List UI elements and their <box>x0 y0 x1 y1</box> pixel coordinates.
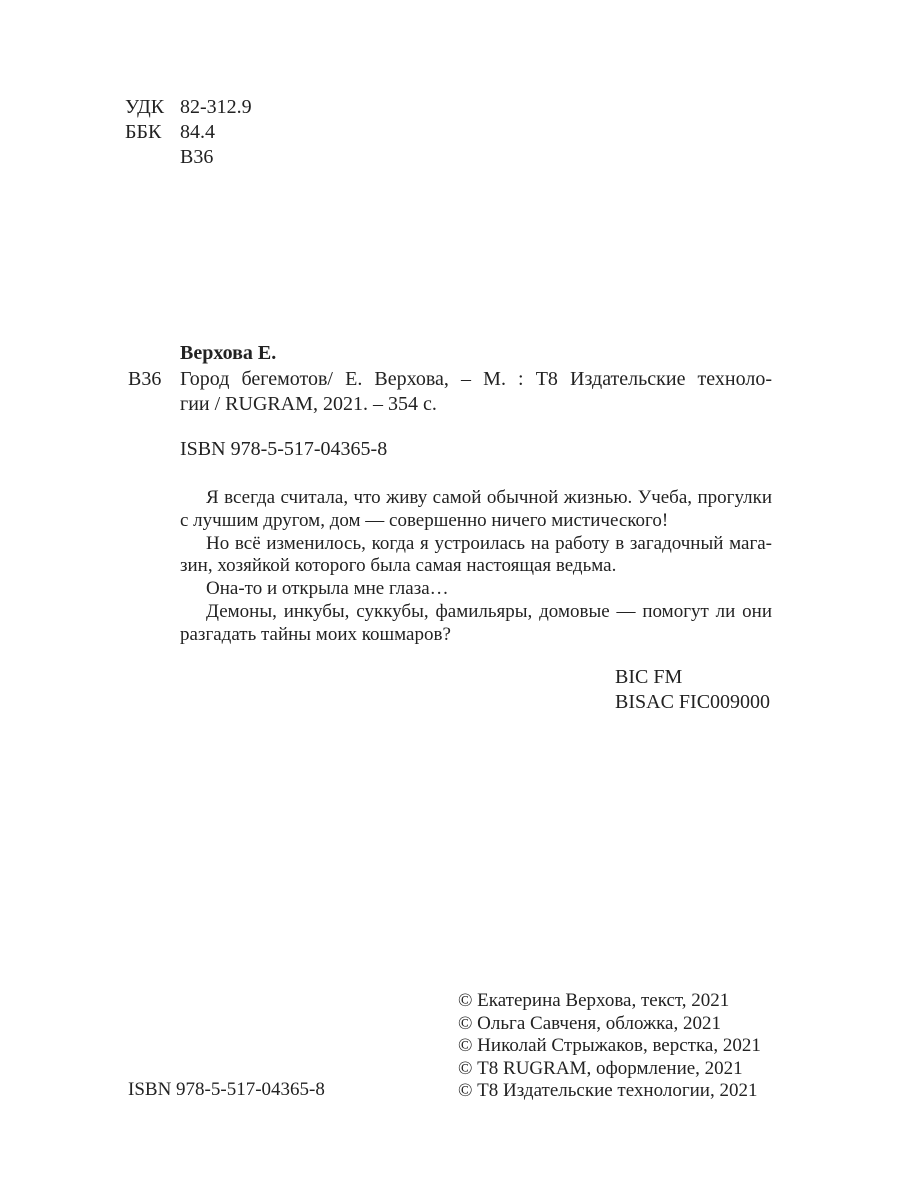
copyright-line: © Екатерина Верхова, текст, 2021 <box>458 990 761 1013</box>
catalog-entry-line-1: Город бегемотов/ Е. Верхова, – М. : Т8 И… <box>180 367 772 392</box>
author-code-spacer <box>125 145 180 170</box>
copyright-line: © Т8 RUGRAM, оформление, 2021 <box>458 1058 761 1081</box>
isbn-catalog: ISBN 978-5-517-04365-8 <box>180 437 387 462</box>
annotation-line: Она-то и открыла мне глаза… <box>180 578 772 601</box>
bisac-code: BISAC FIC009000 <box>615 690 770 715</box>
annotation-block: Я всегда считала, что живу самой обычной… <box>180 487 772 647</box>
copyright-line: © Николай Стрыжаков, верстка, 2021 <box>458 1035 761 1058</box>
author-code-value: В36 <box>180 145 213 170</box>
bbk-label: ББК <box>125 120 180 145</box>
bbk-value: 84.4 <box>180 120 215 145</box>
author-code-row: В36 <box>125 145 252 170</box>
catalog-entry-line-2: гии / RUGRAM, 2021. – 354 с. <box>180 392 772 417</box>
annotation-line: Демоны, инкубы, суккубы, фамильяры, домо… <box>180 601 772 624</box>
classification-codes-block: УДК 82-312.9 ББК 84.4 В36 <box>125 95 252 170</box>
catalog-entry: Город бегемотов/ Е. Верхова, – М. : Т8 И… <box>180 367 772 417</box>
annotation-line: разгадать тайны моих кошмаров? <box>180 624 772 647</box>
book-imprint-page: УДК 82-312.9 ББК 84.4 В36 Верхова Е. В36… <box>0 0 900 1200</box>
copyright-block: © Екатерина Верхова, текст, 2021 © Ольга… <box>458 990 761 1103</box>
udk-row: УДК 82-312.9 <box>125 95 252 120</box>
bbk-row: ББК 84.4 <box>125 120 252 145</box>
bic-code: BIC FM <box>615 665 770 690</box>
udk-label: УДК <box>125 95 180 120</box>
annotation-line: зин, хозяйкой которого была самая настоя… <box>180 555 772 578</box>
catalog-entry-code: В36 <box>128 367 161 392</box>
copyright-line: © Ольга Савченя, обложка, 2021 <box>458 1013 761 1036</box>
copyright-line: © Т8 Издательские технологии, 2021 <box>458 1080 761 1103</box>
annotation-line: Я всегда считала, что живу самой обычной… <box>180 487 772 510</box>
author-name: Верхова Е. <box>180 341 276 366</box>
trade-classification-block: BIC FM BISAC FIC009000 <box>615 665 770 715</box>
isbn-footer: ISBN 978-5-517-04365-8 <box>128 1079 325 1102</box>
annotation-line: Но всё изменилось, когда я устроилась на… <box>180 533 772 556</box>
udk-value: 82-312.9 <box>180 95 252 120</box>
annotation-line: с лучшим другом, дом — совершенно ничего… <box>180 510 772 533</box>
